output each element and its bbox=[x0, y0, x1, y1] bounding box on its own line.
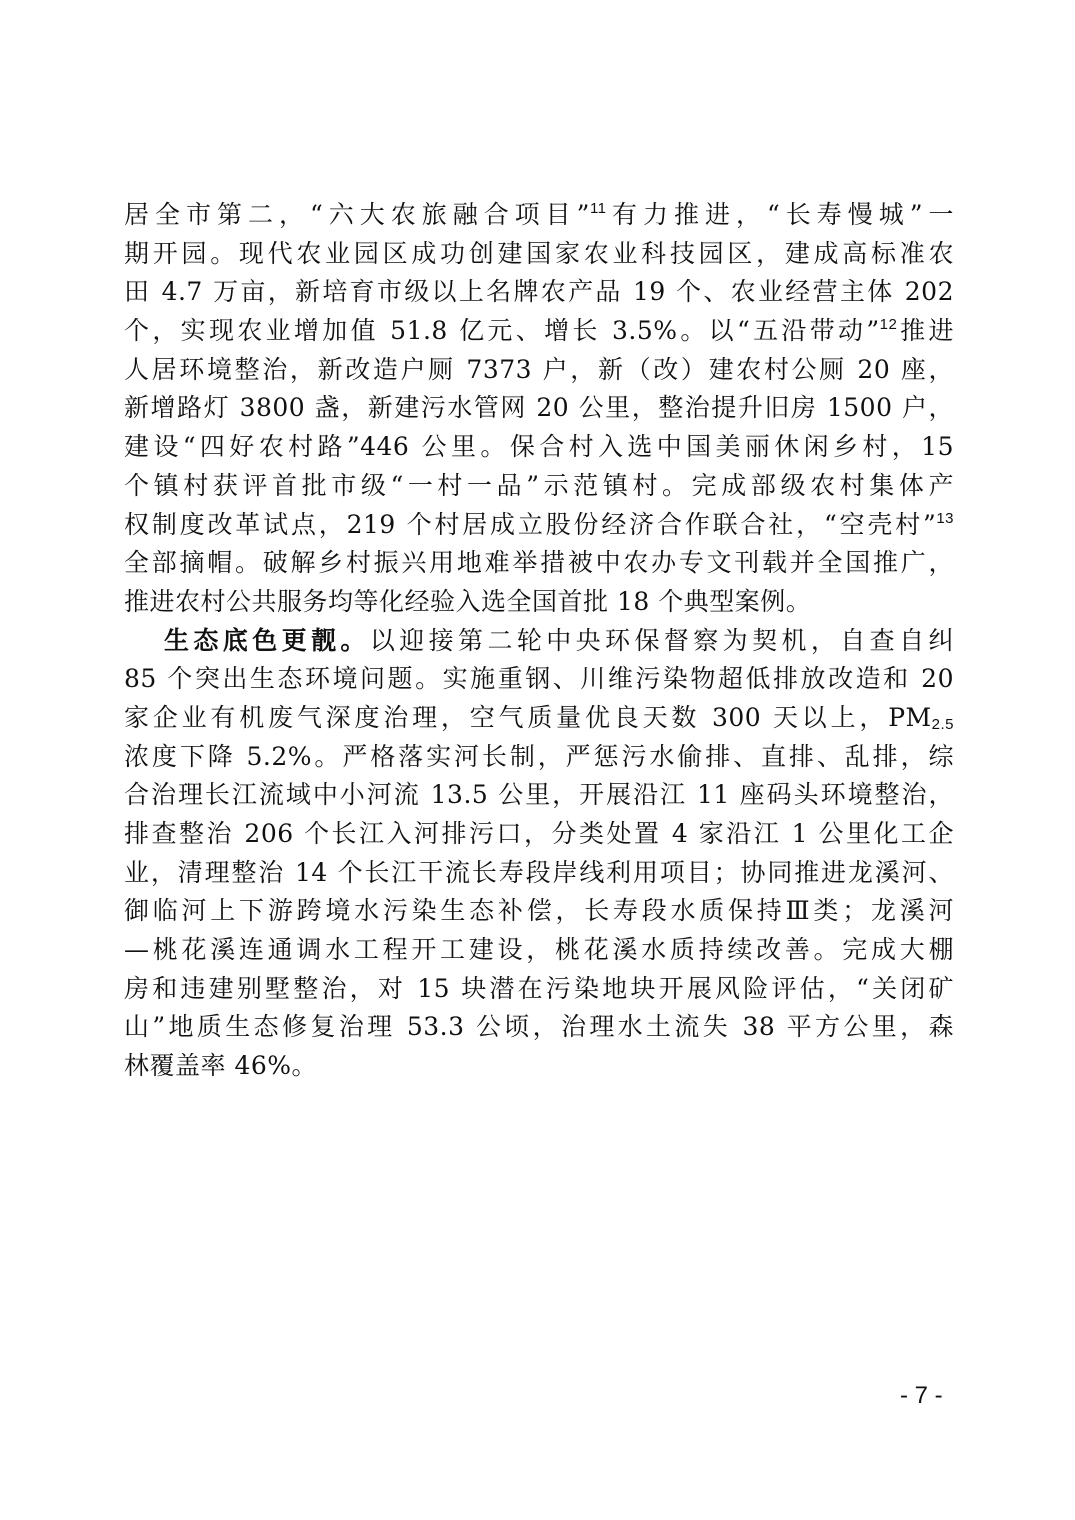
line-text: 推进 bbox=[897, 316, 954, 345]
line-text: 以迎接第二轮中央环保督察为契机，自查自纠 bbox=[370, 626, 954, 655]
text-line: 推进农村公共服务均等化经验入选全国首批 18 个典型案例。 bbox=[124, 583, 954, 622]
document-page: 居全市第二，“六大农旅融合项目”11有力推进，“长寿慢城”一 期开园。现代农业园… bbox=[0, 0, 1075, 1520]
text-line: 85 个突出生态环境问题。实施重钢、川维污染物超低排放改造和 20 bbox=[124, 660, 954, 699]
text-line: 房和违建别墅整治，对 15 块潜在污染地块开展风险评估，“关闭矿 bbox=[124, 970, 954, 1009]
text-line: 全部摘帽。破解乡村振兴用地难举措被中农办专文刊载并全国推广， bbox=[124, 544, 954, 583]
page-number: - 7 - bbox=[900, 1382, 943, 1410]
line-text: 家企业有机废气深度治理，空气质量优良天数 300 天以上，PM bbox=[124, 703, 932, 732]
text-line: 个镇村获评首批市级“一村一品”示范镇村。完成部级农村集体产 bbox=[124, 467, 954, 506]
text-line: 生态底色更靓。以迎接第二轮中央环保督察为契机，自查自纠 bbox=[124, 622, 954, 661]
text-line: 期开园。现代农业园区成功创建国家农业科技园区，建成高标准农 bbox=[124, 235, 954, 274]
footnote-ref: 12 bbox=[880, 316, 898, 333]
text-line: —桃花溪连通调水工程开工建设，桃花溪水质持续改善。完成大棚 bbox=[124, 931, 954, 970]
text-line: 山”地质生态修复治理 53.3 公顷，治理水土流失 38 平方公里，森 bbox=[124, 1008, 954, 1047]
line-text: 居全市第二，“六大农旅融合项目” bbox=[124, 200, 590, 229]
text-line: 林覆盖率 46%。 bbox=[124, 1047, 954, 1086]
line-text: 权制度改革试点，219 个村居成立股份经济合作联合社，“空壳村” bbox=[124, 510, 936, 539]
text-line: 御临河上下游跨境水污染生态补偿，长寿段水质保持Ⅲ类；龙溪河 bbox=[124, 892, 954, 931]
text-line: 权制度改革试点，219 个村居成立股份经济合作联合社，“空壳村”13 bbox=[124, 506, 954, 545]
text-line: 家企业有机废气深度治理，空气质量优良天数 300 天以上，PM2.5 bbox=[124, 699, 954, 738]
text-line: 浓度下降 5.2%。严格落实河长制，严惩污水偷排、直排、乱排，综 bbox=[124, 738, 954, 777]
paragraph-heading: 生态底色更靓。 bbox=[164, 626, 370, 655]
text-line: 新增路灯 3800 盏，新建污水管网 20 公里，整治提升旧房 1500 户， bbox=[124, 389, 954, 428]
text-line: 业，清理整治 14 个长江干流长寿段岸线利用项目；协同推进龙溪河、 bbox=[124, 854, 954, 893]
body-text: 居全市第二，“六大农旅融合项目”11有力推进，“长寿慢城”一 期开园。现代农业园… bbox=[124, 196, 954, 1086]
text-line: 排查整治 206 个长江入河排污口，分类处置 4 家沿江 1 公里化工企 bbox=[124, 815, 954, 854]
text-line: 居全市第二，“六大农旅融合项目”11有力推进，“长寿慢城”一 bbox=[124, 196, 954, 235]
text-line: 田 4.7 万亩，新培育市级以上名牌农产品 19 个、农业经营主体 202 bbox=[124, 273, 954, 312]
text-line: 人居环境整治，新改造户厕 7373 户，新（改）建农村公厕 20 座， bbox=[124, 351, 954, 390]
text-line: 合治理长江流域中小河流 13.5 公里，开展沿江 11 座码头环境整治， bbox=[124, 776, 954, 815]
footnote-ref: 11 bbox=[590, 200, 607, 217]
subscript: 2.5 bbox=[932, 716, 954, 733]
line-text: 个，实现农业增加值 51.8 亿元、增长 3.5%。以“五沿带动” bbox=[124, 316, 880, 345]
footnote-ref: 13 bbox=[936, 510, 954, 527]
text-line: 个，实现农业增加值 51.8 亿元、增长 3.5%。以“五沿带动”12推进 bbox=[124, 312, 954, 351]
line-text: 有力推进，“长寿慢城”一 bbox=[607, 200, 954, 229]
text-line: 建设“四好农村路”446 公里。保合村入选中国美丽休闲乡村，15 bbox=[124, 428, 954, 467]
